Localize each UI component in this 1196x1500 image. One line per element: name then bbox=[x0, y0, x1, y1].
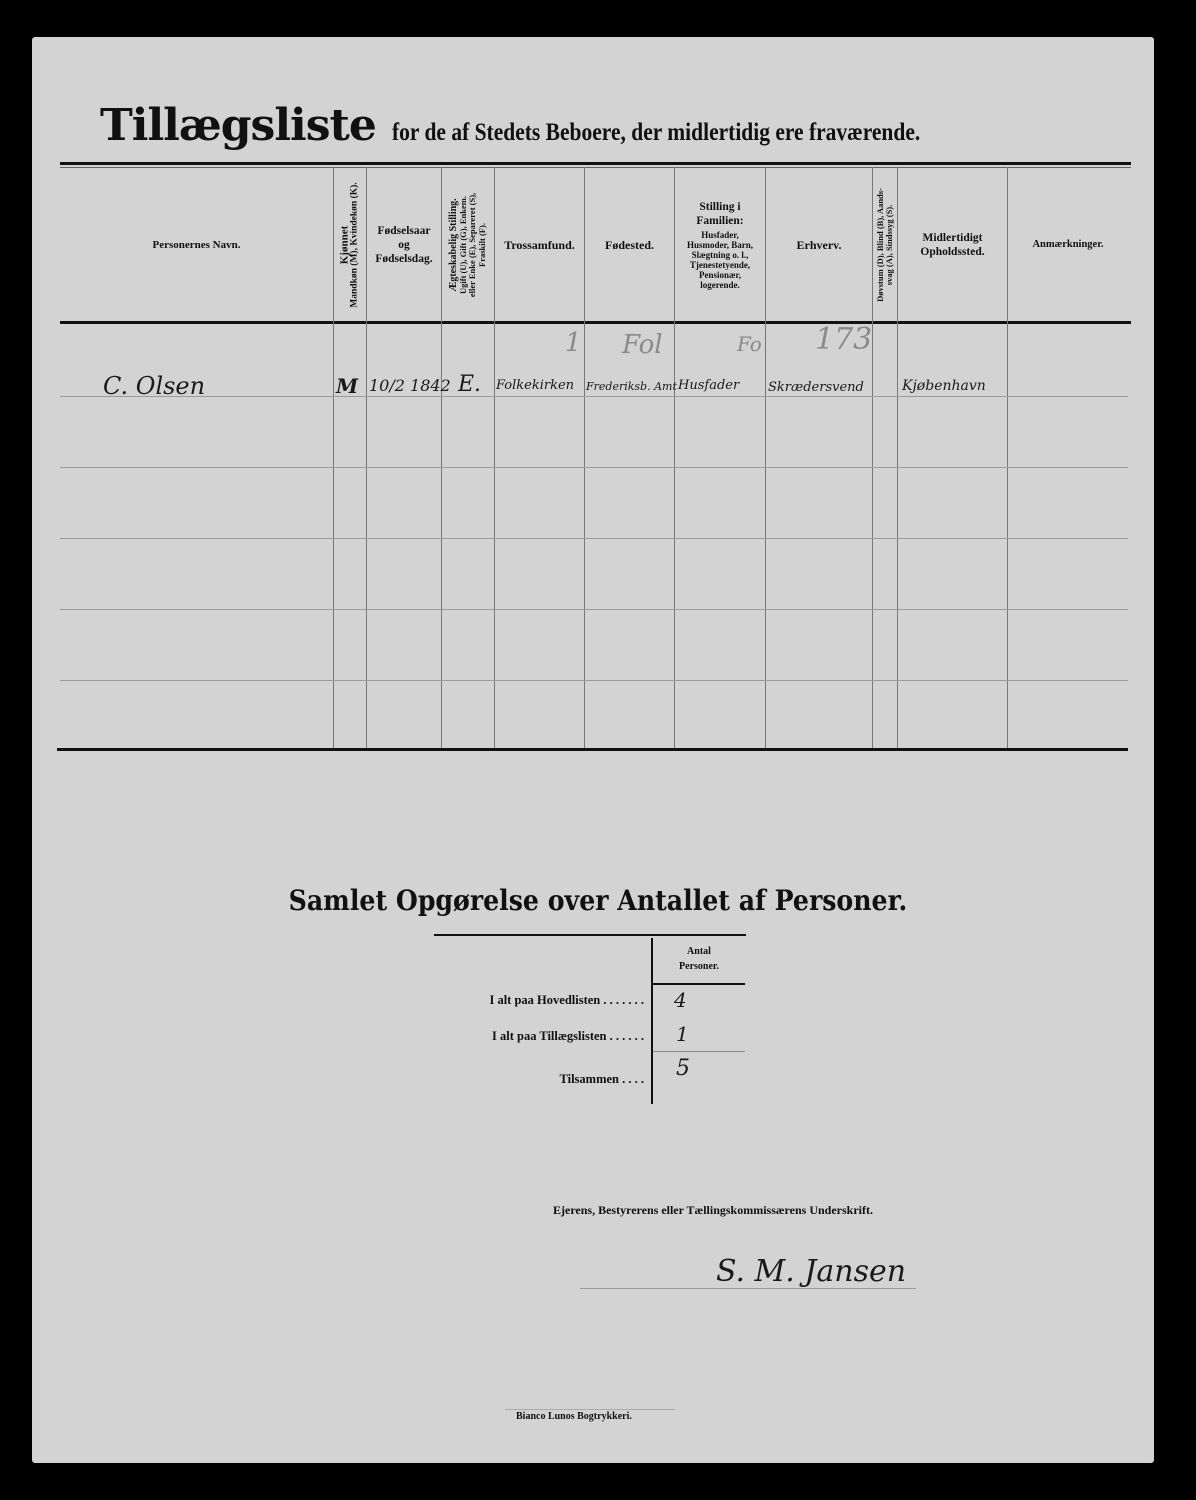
cell-navn: C. Olsen bbox=[103, 372, 205, 400]
faint-mark: 1 bbox=[565, 328, 582, 358]
header-ophold-line2: Opholdssted. bbox=[920, 245, 984, 259]
header-stilling-i-familien: Stilling i Familien: Husfader, Husmoder,… bbox=[675, 168, 765, 321]
summary-column-header: Antal Personer. bbox=[653, 944, 745, 974]
row-divider bbox=[60, 680, 1128, 681]
summary-total-rule bbox=[653, 1051, 745, 1052]
header-aegteskab-line1: Ægteskabelig Stilling. bbox=[449, 192, 459, 296]
cell-ophold: Kjøbenhavn bbox=[902, 378, 986, 394]
summary-label-tilsammen: Tilsammen . . . . bbox=[560, 1072, 645, 1087]
signature-name: S. M. Jansen bbox=[716, 1254, 906, 1289]
row-divider bbox=[60, 609, 1128, 610]
header-aegteskab-line3: eller Enke (E), Separeret (S), bbox=[468, 192, 478, 296]
summary-title: Samlet Opgørelse over Antallet af Person… bbox=[60, 884, 1136, 917]
header-stilling-line1: Stilling i bbox=[699, 200, 740, 214]
header-kjonnet-line1: Kjønnet bbox=[340, 182, 350, 307]
summary-label-tillaegslisten: I alt paa Tillægslisten . . . . . . bbox=[492, 1029, 644, 1044]
summary-value-tilsammen: 5 bbox=[676, 1056, 690, 1081]
header-handicap-line2: svag (A), Sindssyg (S). bbox=[885, 188, 894, 302]
header-fodselsaar-line1: Fødselsaar bbox=[377, 224, 430, 238]
header-trossamfund: Trossamfund. bbox=[495, 168, 584, 321]
header-personernes-navn: Personernes Navn. bbox=[60, 168, 333, 321]
header-fodselsaar-line3: Fødselsdag. bbox=[375, 252, 432, 266]
header-fodselsaar: Fødselsaar og Fødselsdag. bbox=[367, 168, 441, 321]
header-top-rule bbox=[60, 162, 1131, 165]
header-midlertidigt-opholdssted: Midlertidigt Opholdssted. bbox=[898, 168, 1007, 321]
header-kjonnet-line2: Mandkøn (M), Kvindekøn (K). bbox=[350, 182, 360, 307]
cell-tro: Folkekirken bbox=[496, 378, 574, 393]
faint-mark: Fol bbox=[622, 330, 663, 360]
summary-header-rule bbox=[653, 983, 745, 985]
form-title: Tillægsliste for de af Stedets Beboere, … bbox=[100, 100, 1100, 150]
faint-mark: 173 bbox=[815, 322, 872, 357]
row-divider bbox=[60, 396, 1128, 397]
title-subtitle-text: for de af Stedets Beboere, der midlertid… bbox=[392, 119, 804, 146]
header-aegteskabelig-stilling: Ægteskabelig Stilling. Ugift (U), Gift (… bbox=[442, 168, 494, 321]
row-divider bbox=[60, 538, 1128, 539]
printer-rule bbox=[505, 1409, 675, 1410]
header-stilling-line2: Familien: bbox=[696, 214, 743, 228]
header-fodested: Fødested. bbox=[585, 168, 674, 321]
row-divider bbox=[60, 467, 1128, 468]
header-aegteskab-line4: Fraskilt (F). bbox=[478, 192, 488, 296]
header-anmaerkninger: Anmærkninger. bbox=[1008, 168, 1128, 321]
summary-value-tillaegslisten: 1 bbox=[676, 1022, 689, 1046]
signature-line bbox=[580, 1288, 916, 1289]
header-bottom-rule bbox=[60, 321, 1131, 324]
cell-fodested: Frederiksb. Amt bbox=[586, 380, 677, 393]
cell-stilling: Husfader bbox=[678, 378, 739, 393]
title-emphasis: fraværende. bbox=[809, 119, 920, 146]
cell-kjon: M bbox=[336, 374, 358, 398]
cell-fodsel: 10/2 1842 bbox=[369, 376, 451, 395]
header-ophold-line1: Midlertidigt bbox=[922, 231, 982, 245]
printer-imprint: Bianco Lunos Bogtrykkeri. bbox=[516, 1411, 632, 1422]
signature-caption: Ejerens, Bestyrerens eller Tællingskommi… bbox=[553, 1203, 873, 1218]
summary-header-line1: Antal bbox=[653, 944, 745, 959]
cell-erhverv: Skrædersvend bbox=[768, 380, 864, 395]
header-fodselsaar-line2: og bbox=[398, 238, 410, 252]
header-kjonnet: Kjønnet Mandkøn (M), Kvindekøn (K). bbox=[334, 168, 366, 321]
header-erhverv: Erhverv. bbox=[766, 168, 872, 321]
summary-value-hovedlisten: 4 bbox=[674, 988, 687, 1012]
title-main: Tillægsliste bbox=[100, 100, 376, 151]
summary-top-rule bbox=[434, 934, 746, 936]
table-bottom-rule bbox=[57, 748, 1128, 751]
header-stilling-detail: Husfader, Husmoder, Barn, Slægtning o. l… bbox=[682, 230, 758, 290]
cell-aegteskab: E. bbox=[458, 372, 481, 397]
summary-header-line2: Personer. bbox=[653, 959, 745, 974]
title-subtitle: for de af Stedets Beboere, der midlertid… bbox=[392, 119, 920, 147]
faint-mark: Fo bbox=[737, 332, 762, 356]
summary-label-hovedlisten: I alt paa Hovedlisten . . . . . . . bbox=[489, 993, 644, 1008]
header-dovstum-blind: Døvstum (D), Blind (B), Aands- svag (A),… bbox=[873, 168, 897, 321]
